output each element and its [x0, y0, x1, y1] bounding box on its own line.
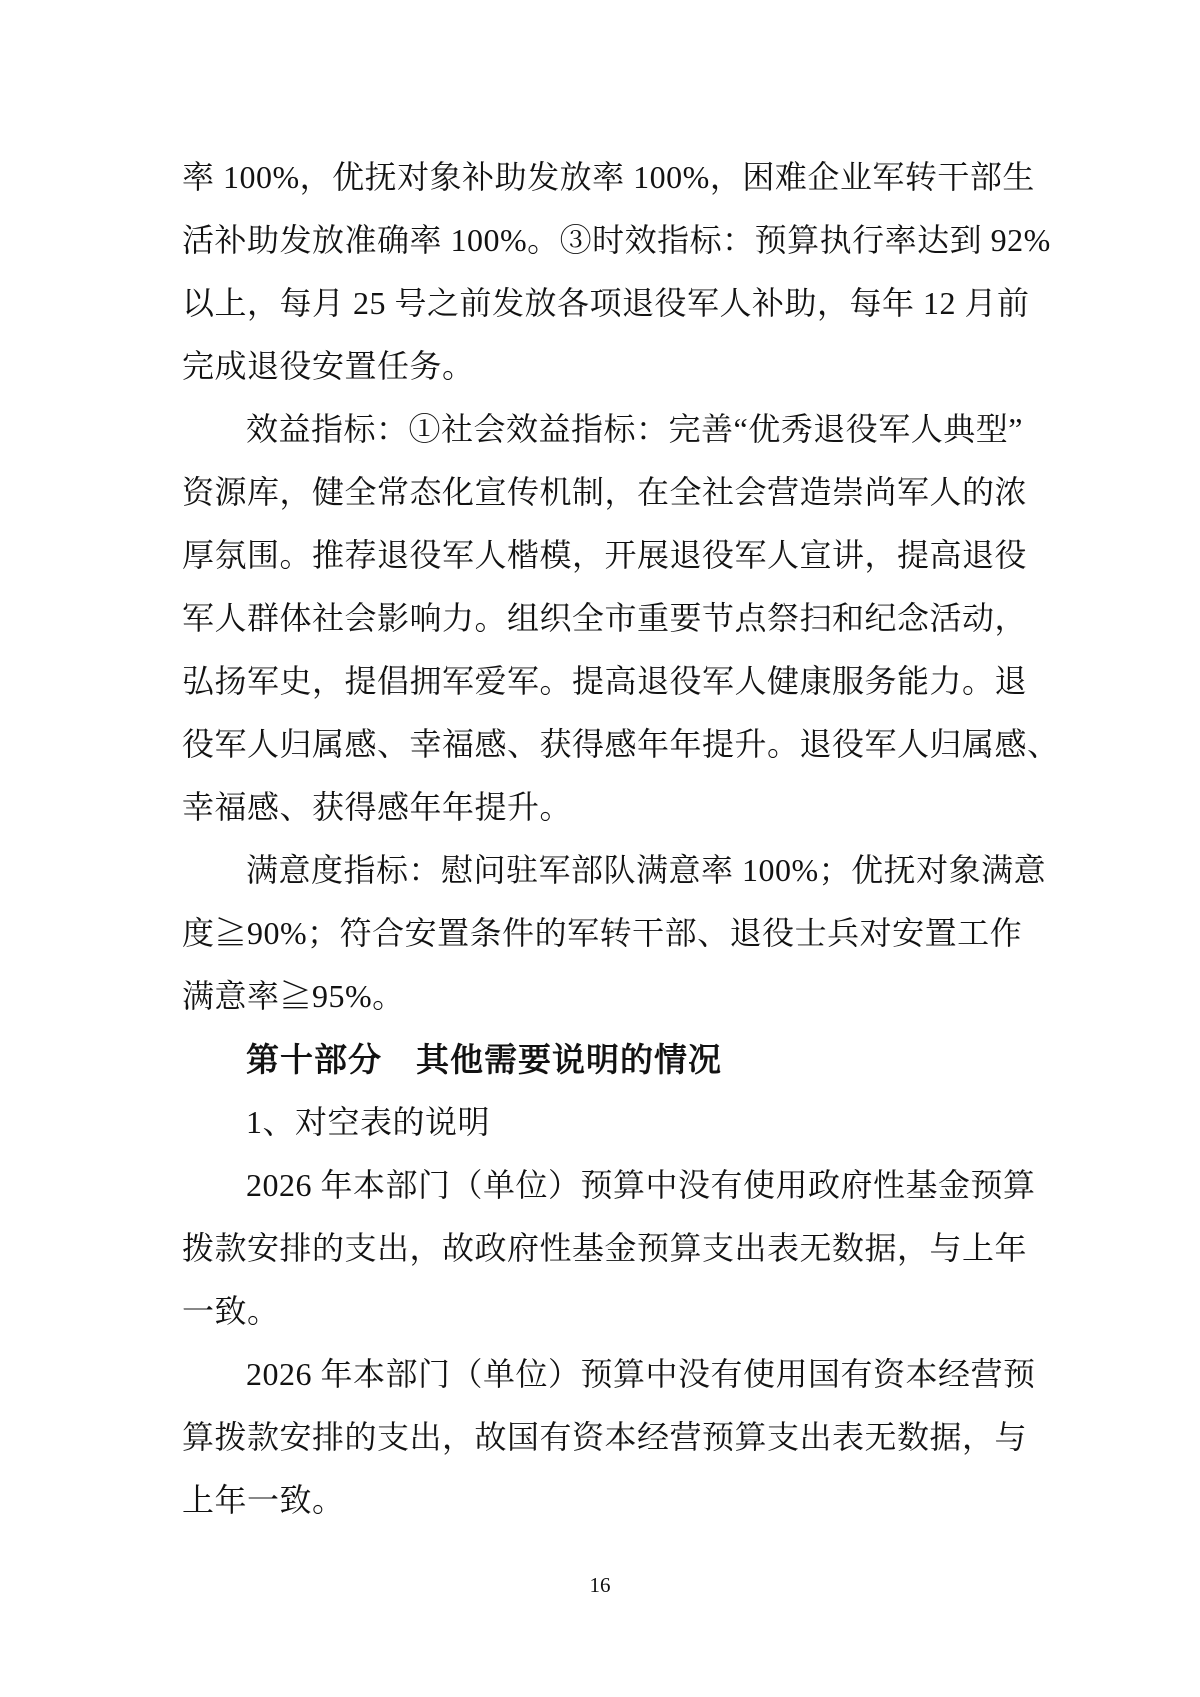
text-line: 满意率≧95%。: [182, 965, 1018, 1028]
text-line: 2026 年本部门（单位）预算中没有使用国有资本经营预: [182, 1343, 1018, 1406]
text-line: 弘扬军史，提倡拥军爱军。提高退役军人健康服务能力。退: [182, 650, 1018, 713]
text-line: 上年一致。: [182, 1469, 1018, 1532]
document-text-block: 率 100%，优抚对象补助发放率 100%，困难企业军转干部生 活补助发放准确率…: [182, 146, 1018, 1532]
page-number: 16: [0, 1570, 1200, 1600]
text-line: 拨款安排的支出，故政府性基金预算支出表无数据，与上年: [182, 1217, 1018, 1280]
text-line: 以上，每月 25 号之前发放各项退役军人补助，每年 12 月前: [182, 272, 1018, 335]
text-line: 一致。: [182, 1280, 1018, 1343]
section-heading: 第十部分 其他需要说明的情况: [182, 1028, 1018, 1091]
text-line: 效益指标：①社会效益指标：完善“优秀退役军人典型”: [182, 398, 1018, 461]
text-line: 算拨款安排的支出，故国有资本经营预算支出表无数据，与: [182, 1406, 1018, 1469]
text-line: 2026 年本部门（单位）预算中没有使用政府性基金预算: [182, 1154, 1018, 1217]
document-page: 率 100%，优抚对象补助发放率 100%，困难企业军转干部生 活补助发放准确率…: [0, 0, 1200, 1697]
text-line: 度≧90%；符合安置条件的军转干部、退役士兵对安置工作: [182, 902, 1018, 965]
text-line: 幸福感、获得感年年提升。: [182, 776, 1018, 839]
text-line: 资源库，健全常态化宣传机制，在全社会营造崇尚军人的浓: [182, 461, 1018, 524]
text-line: 满意度指标：慰问驻军部队满意率 100%；优抚对象满意: [182, 839, 1018, 902]
text-line: 厚氛围。推荐退役军人楷模，开展退役军人宣讲，提高退役: [182, 524, 1018, 587]
text-line: 活补助发放准确率 100%。③时效指标：预算执行率达到 92%: [182, 209, 1018, 272]
text-line: 率 100%，优抚对象补助发放率 100%，困难企业军转干部生: [182, 146, 1018, 209]
text-line: 役军人归属感、幸福感、获得感年年提升。退役军人归属感、: [182, 713, 1018, 776]
text-line: 1、对空表的说明: [182, 1091, 1018, 1154]
text-line: 完成退役安置任务。: [182, 335, 1018, 398]
text-line: 军人群体社会影响力。组织全市重要节点祭扫和纪念活动，: [182, 587, 1018, 650]
